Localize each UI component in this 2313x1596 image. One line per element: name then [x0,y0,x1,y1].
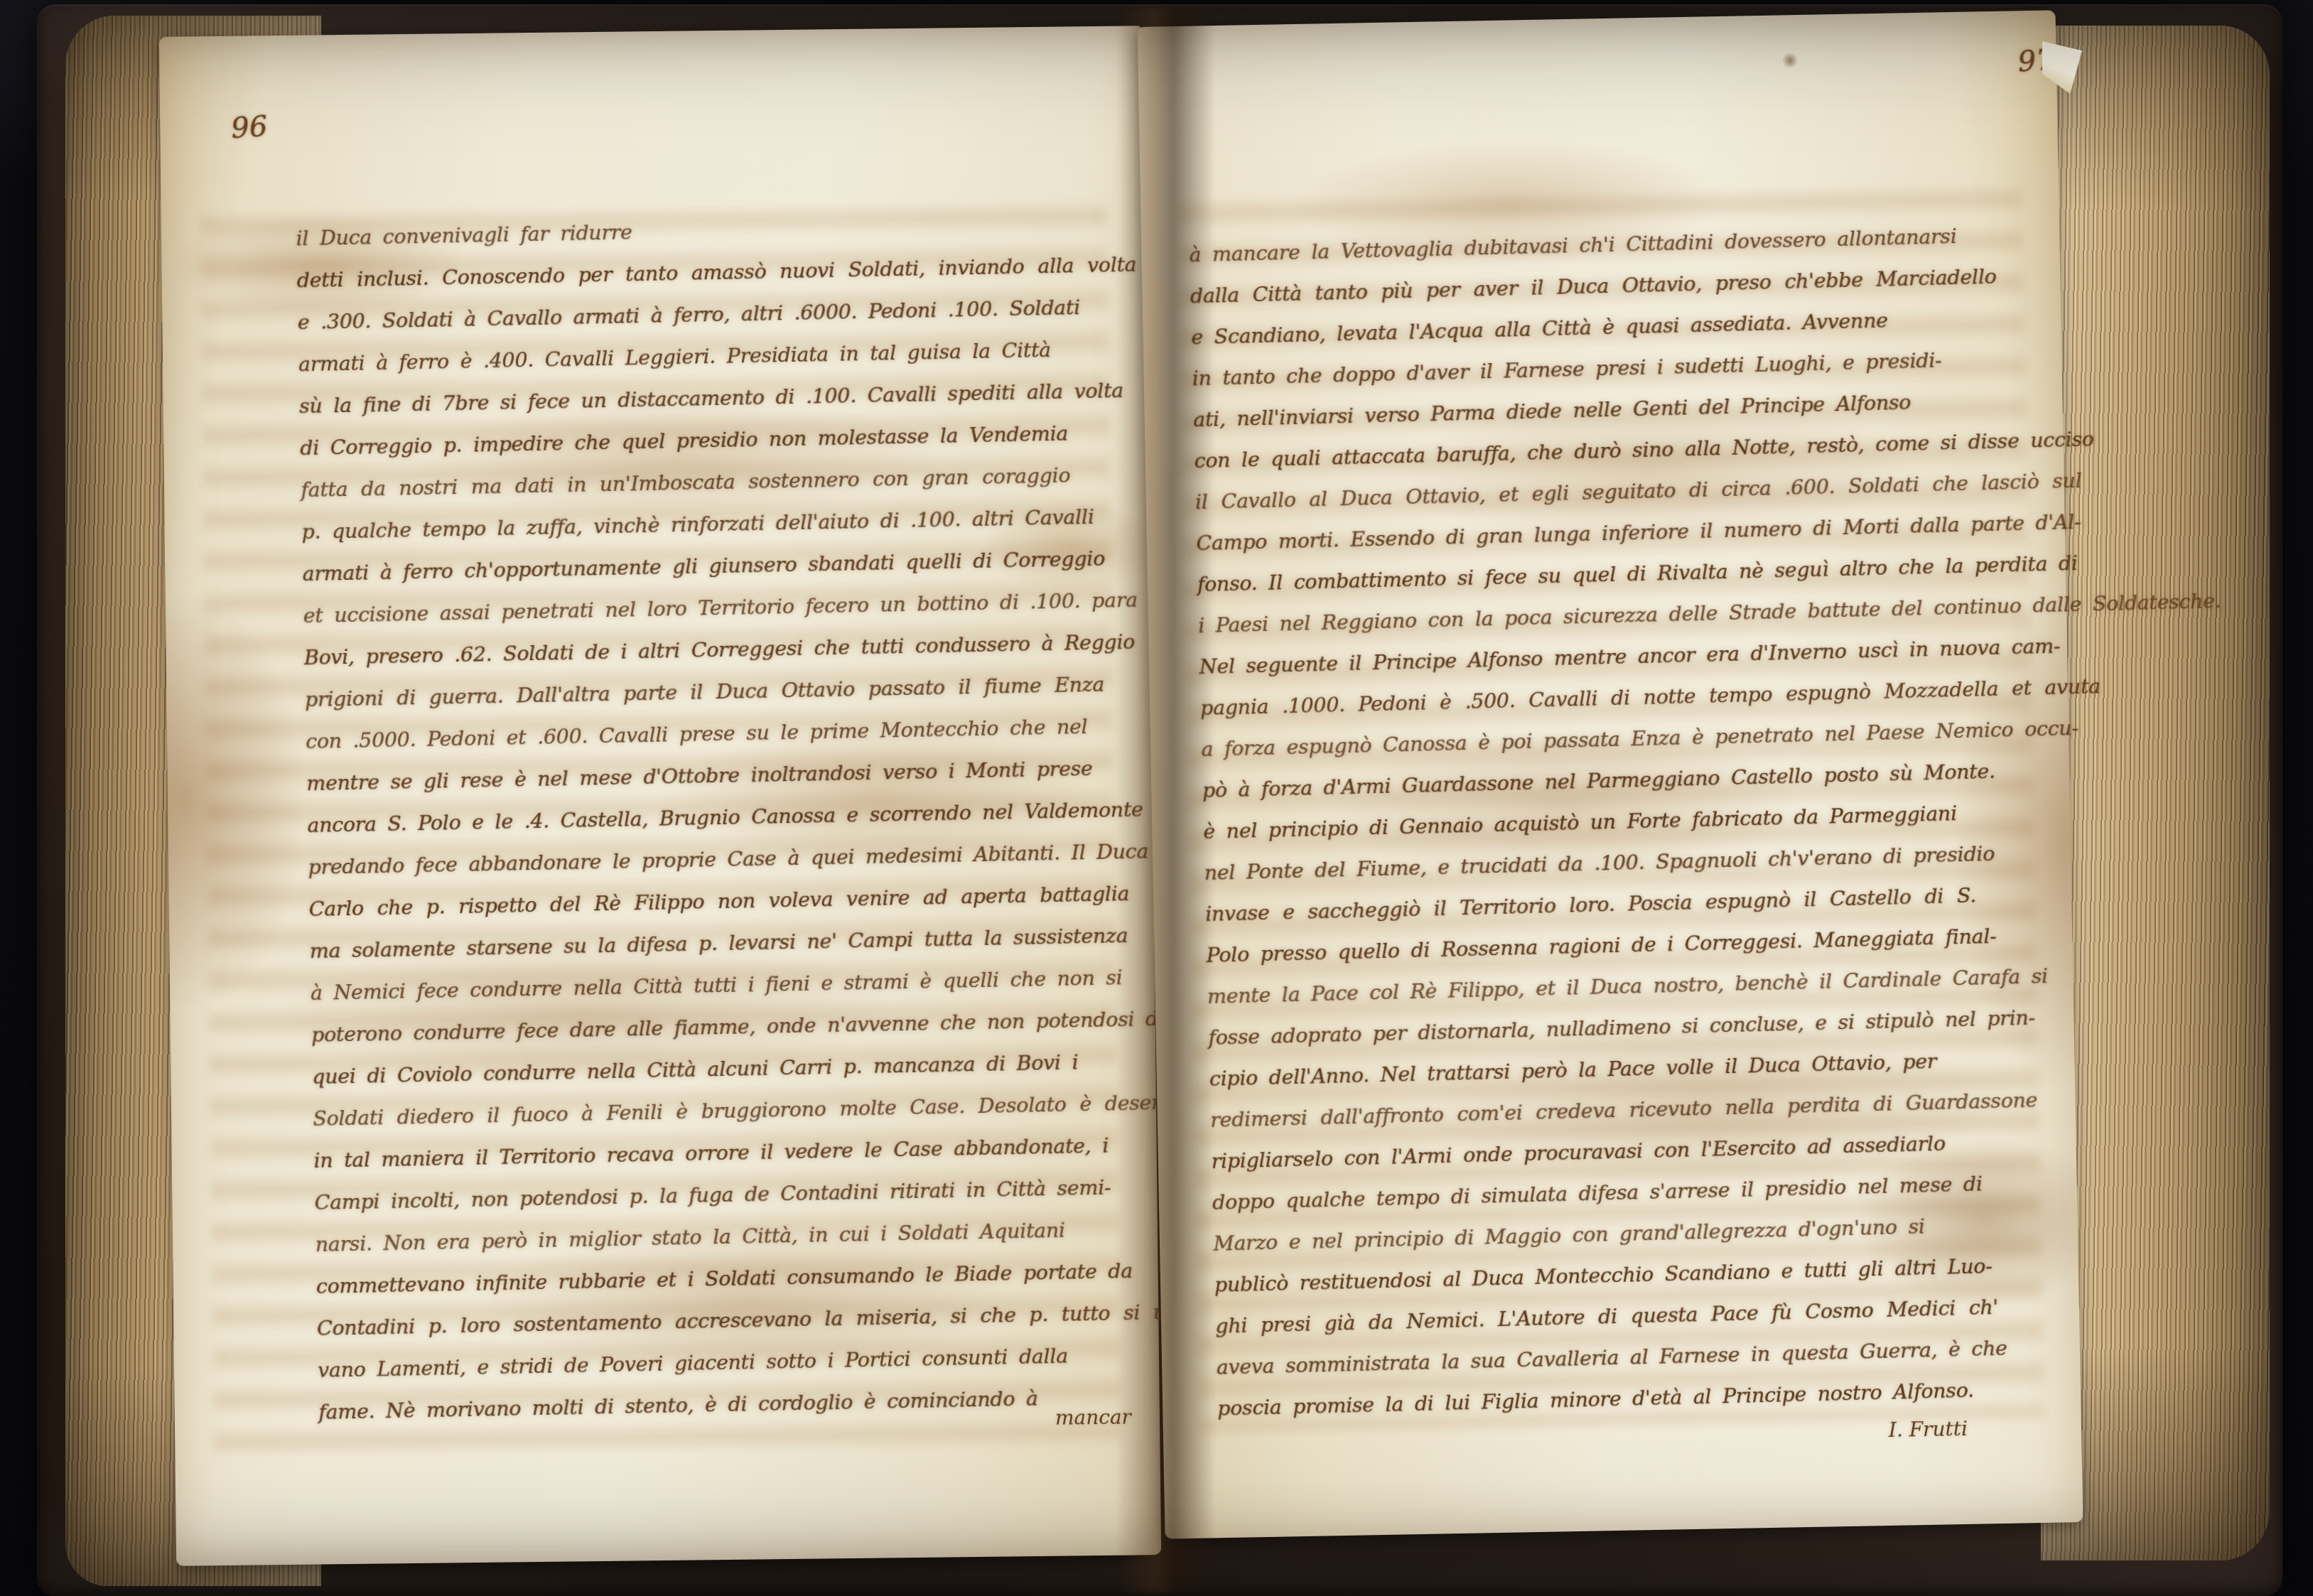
manuscript-left-page: 96 il Duca convenivagli far ridurre dett… [159,26,1161,1566]
manuscript-right-page: 97 à mancare la Vettovaglia dubitavasi c… [1138,10,2083,1538]
left-page-number: 96 [230,110,269,145]
photograph-of-open-manuscript: 96 il Duca convenivagli far ridurre dett… [0,0,2313,1596]
right-page-text-block: à mancare la Vettovaglia dubitavasi ch'i… [1189,215,2049,1430]
right-page-catchword: I. Frutti [1888,1417,1968,1442]
book-gutter-shadow [1116,7,1215,1593]
left-page-text-block: il Duca convenivagli far ridurre detti i… [296,202,1129,1433]
